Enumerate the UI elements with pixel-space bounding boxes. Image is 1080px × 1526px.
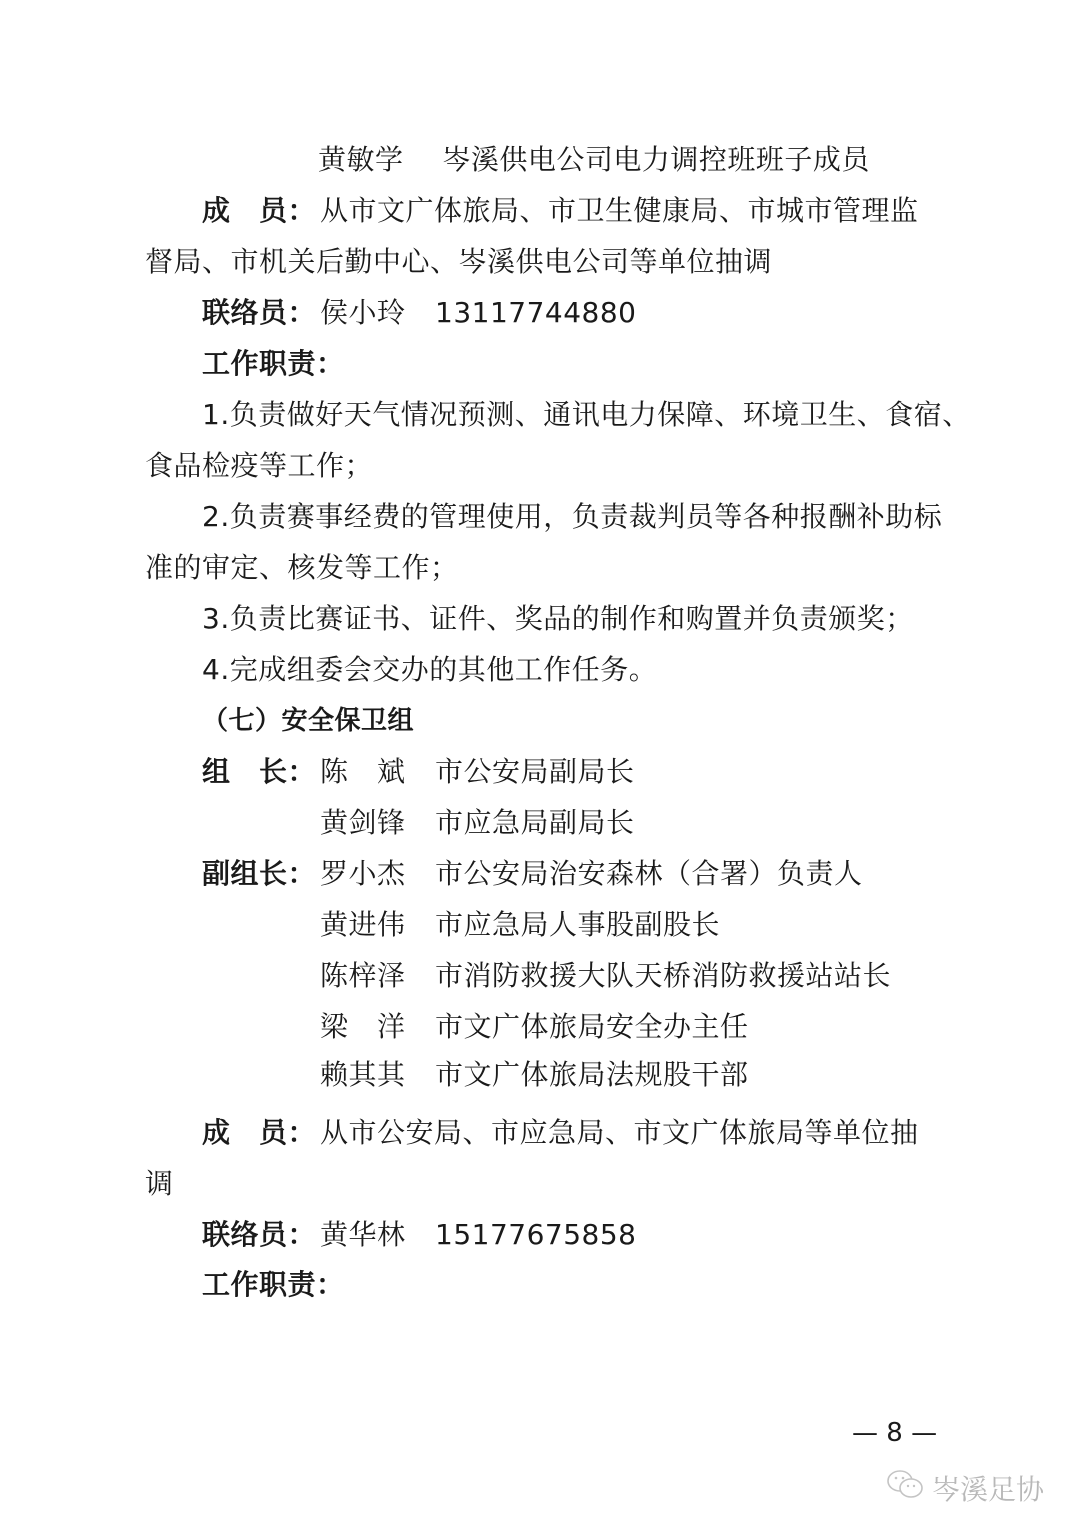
leader-row: 组 长：陈 斌市公安局副局长 — [202, 755, 635, 789]
liaison-name: 黄华林 — [320, 1218, 435, 1252]
liaison-label: 联络员： — [202, 296, 320, 330]
members-label: 成 员： — [202, 194, 320, 228]
deputy-row: 黄进伟市应急局人事股副股长 — [320, 908, 720, 942]
leader-name: 陈 斌 — [320, 755, 435, 789]
duty-1-line1: 1.负责做好天气情况预测、通讯电力保障、环境卫生、食宿、 — [202, 398, 971, 432]
leader-name: 黄剑锋 — [320, 806, 435, 840]
watermark: 岑溪足协 — [886, 1468, 1044, 1508]
deputy-row: 梁 洋市文广体旅局安全办主任 — [320, 1010, 749, 1044]
member-line: 黄敏学 岑溪供电公司电力调控班班子成员 — [318, 143, 870, 177]
deputy-role: 市文广体旅局法规股干部 — [435, 1058, 749, 1091]
duty-1-line2: 食品检疫等工作； — [145, 449, 373, 483]
deputy-name: 罗小杰 — [320, 857, 435, 891]
section7-heading: （七）安全保卫组 — [202, 704, 414, 738]
members-text: 从市文广体旅局、市卫生健康局、市城市管理监 — [320, 194, 919, 227]
liaison-label: 联络员： — [202, 1218, 320, 1252]
deputy-role: 市应急局人事股副股长 — [435, 908, 720, 941]
member-name: 黄敏学 — [318, 143, 433, 177]
leader-role: 市应急局副局长 — [435, 806, 635, 839]
section6-members-line2: 督局、市机关后勤中心、岑溪供电公司等单位抽调 — [145, 245, 772, 279]
liaison-phone: 13117744880 — [435, 296, 636, 329]
duty-2-line1: 2.负责赛事经费的管理使用，负责裁判员等各种报酬补助标 — [202, 500, 942, 534]
deputy-role: 市消防救援大队天桥消防救援站站长 — [435, 959, 891, 992]
section6-members-line1: 成 员：从市文广体旅局、市卫生健康局、市城市管理监 — [202, 194, 919, 228]
duty-2-line2: 准的审定、核发等工作； — [145, 551, 459, 585]
leaders-label: 组 长： — [202, 755, 320, 789]
section6-duties-label: 工作职责： — [202, 347, 345, 381]
members-text: 从市公安局、市应急局、市文广体旅局等单位抽 — [320, 1116, 919, 1149]
deputy-row: 赖其其市文广体旅局法规股干部 — [320, 1058, 749, 1092]
members-label: 成 员： — [202, 1116, 320, 1150]
deputy-row: 副组长：罗小杰市公安局治安森林（合署）负责人 — [202, 857, 863, 891]
liaison-name: 侯小玲 — [320, 296, 435, 330]
page-number: — 8 — — [852, 1416, 937, 1450]
deputy-name: 陈梓泽 — [320, 959, 435, 993]
leader-row: 黄剑锋市应急局副局长 — [320, 806, 635, 840]
section7-liaison: 联络员：黄华林15177675858 — [202, 1218, 636, 1252]
deputy-name: 黄进伟 — [320, 908, 435, 942]
section7-members-line2: 调 — [145, 1167, 174, 1201]
deputies-label: 副组长： — [202, 857, 320, 891]
duty-3: 3.负责比赛证书、证件、奖品的制作和购置并负责颁奖； — [202, 602, 914, 636]
section7-members-line1: 成 员：从市公安局、市应急局、市文广体旅局等单位抽 — [202, 1116, 919, 1150]
wechat-icon — [886, 1469, 932, 1508]
deputy-name: 梁 洋 — [320, 1010, 435, 1044]
section7-duties-label: 工作职责： — [202, 1268, 345, 1302]
duty-4: 4.完成组委会交办的其他工作任务。 — [202, 653, 657, 687]
member-role: 岑溪供电公司电力调控班班子成员 — [442, 143, 870, 176]
deputy-row: 陈梓泽市消防救援大队天桥消防救援站站长 — [320, 959, 891, 993]
liaison-phone: 15177675858 — [435, 1218, 636, 1251]
deputy-role: 市公安局治安森林（合署）负责人 — [435, 857, 863, 890]
watermark-text: 岑溪足协 — [932, 1468, 1044, 1508]
leader-role: 市公安局副局长 — [435, 755, 635, 788]
deputy-role: 市文广体旅局安全办主任 — [435, 1010, 749, 1043]
section6-liaison: 联络员：侯小玲13117744880 — [202, 296, 636, 330]
deputy-name: 赖其其 — [320, 1058, 435, 1092]
